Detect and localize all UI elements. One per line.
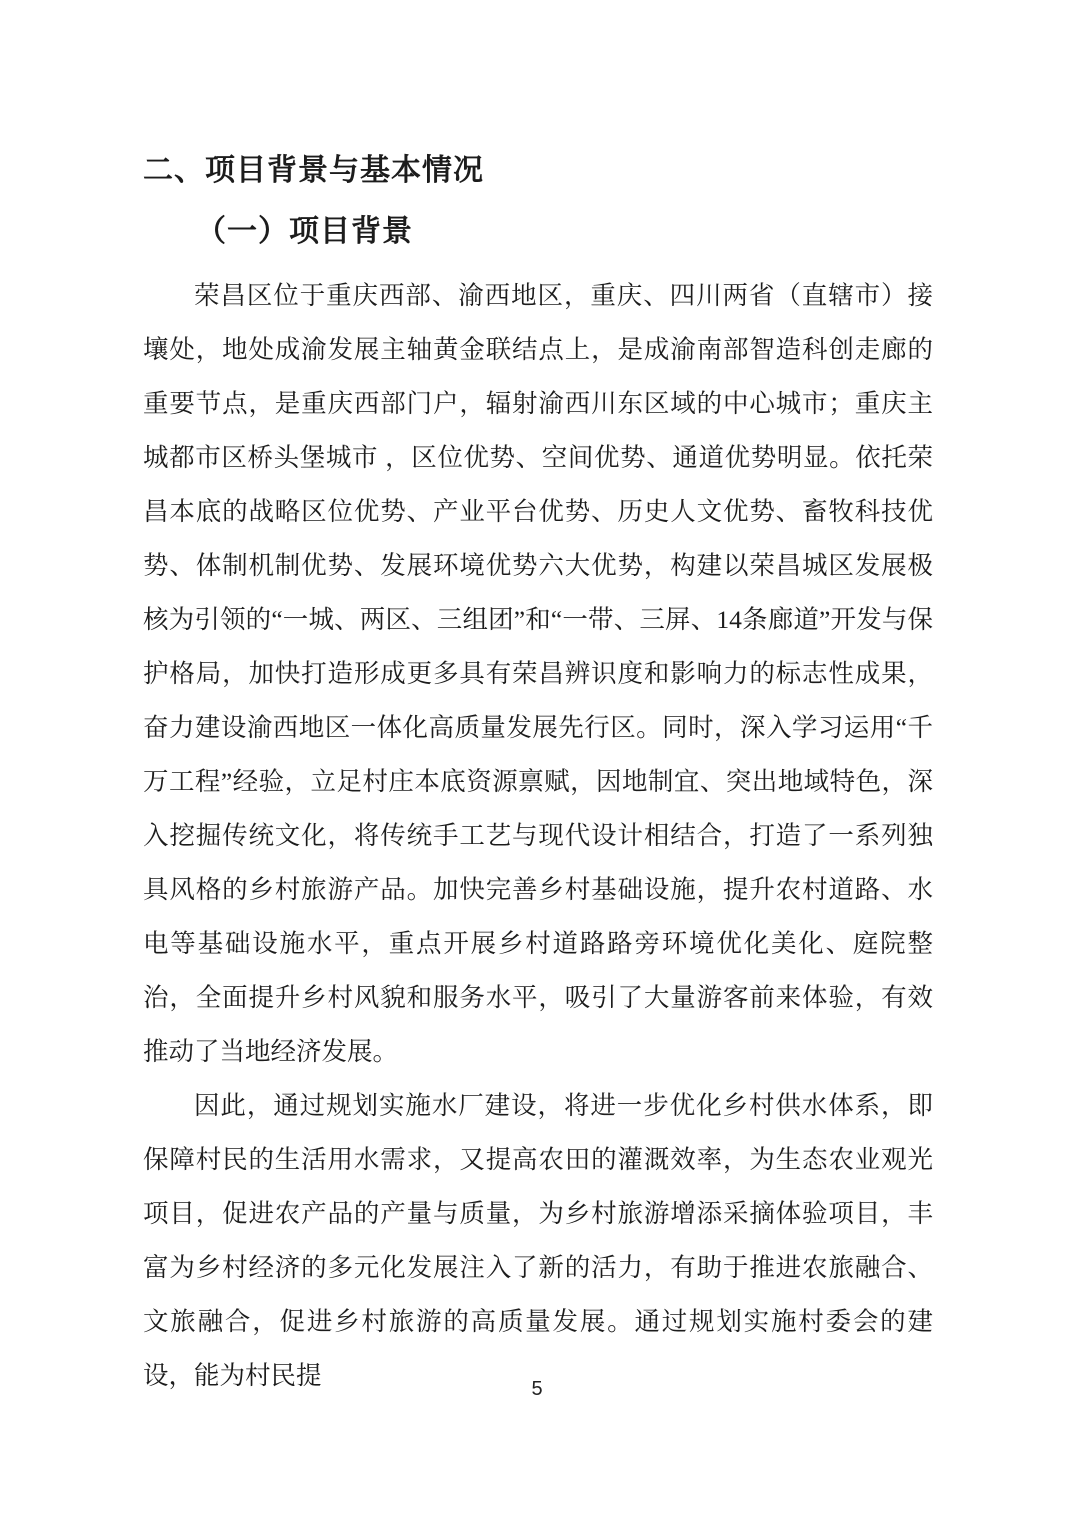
subsection-heading: （一）项目背景 [196, 210, 413, 254]
document-page: 二、项目背景与基本情况 （一）项目背景 荣昌区位于重庆西部、渝西地区，重庆、四川… [0, 0, 1074, 1520]
paragraph-background: 荣昌区位于重庆西部、渝西地区，重庆、四川两省（直辖市）接壤处，地处成渝发展主轴黄… [143, 269, 933, 1079]
page-number: 5 [0, 1378, 1074, 1401]
body-text: 荣昌区位于重庆西部、渝西地区，重庆、四川两省（直辖市）接壤处，地处成渝发展主轴黄… [143, 269, 933, 1403]
section-heading: 二、项目背景与基本情况 [143, 148, 484, 194]
paragraph-purpose: 因此，通过规划实施水厂建设，将进一步优化乡村供水体系，即保障村民的生活用水需求，… [143, 1079, 933, 1403]
